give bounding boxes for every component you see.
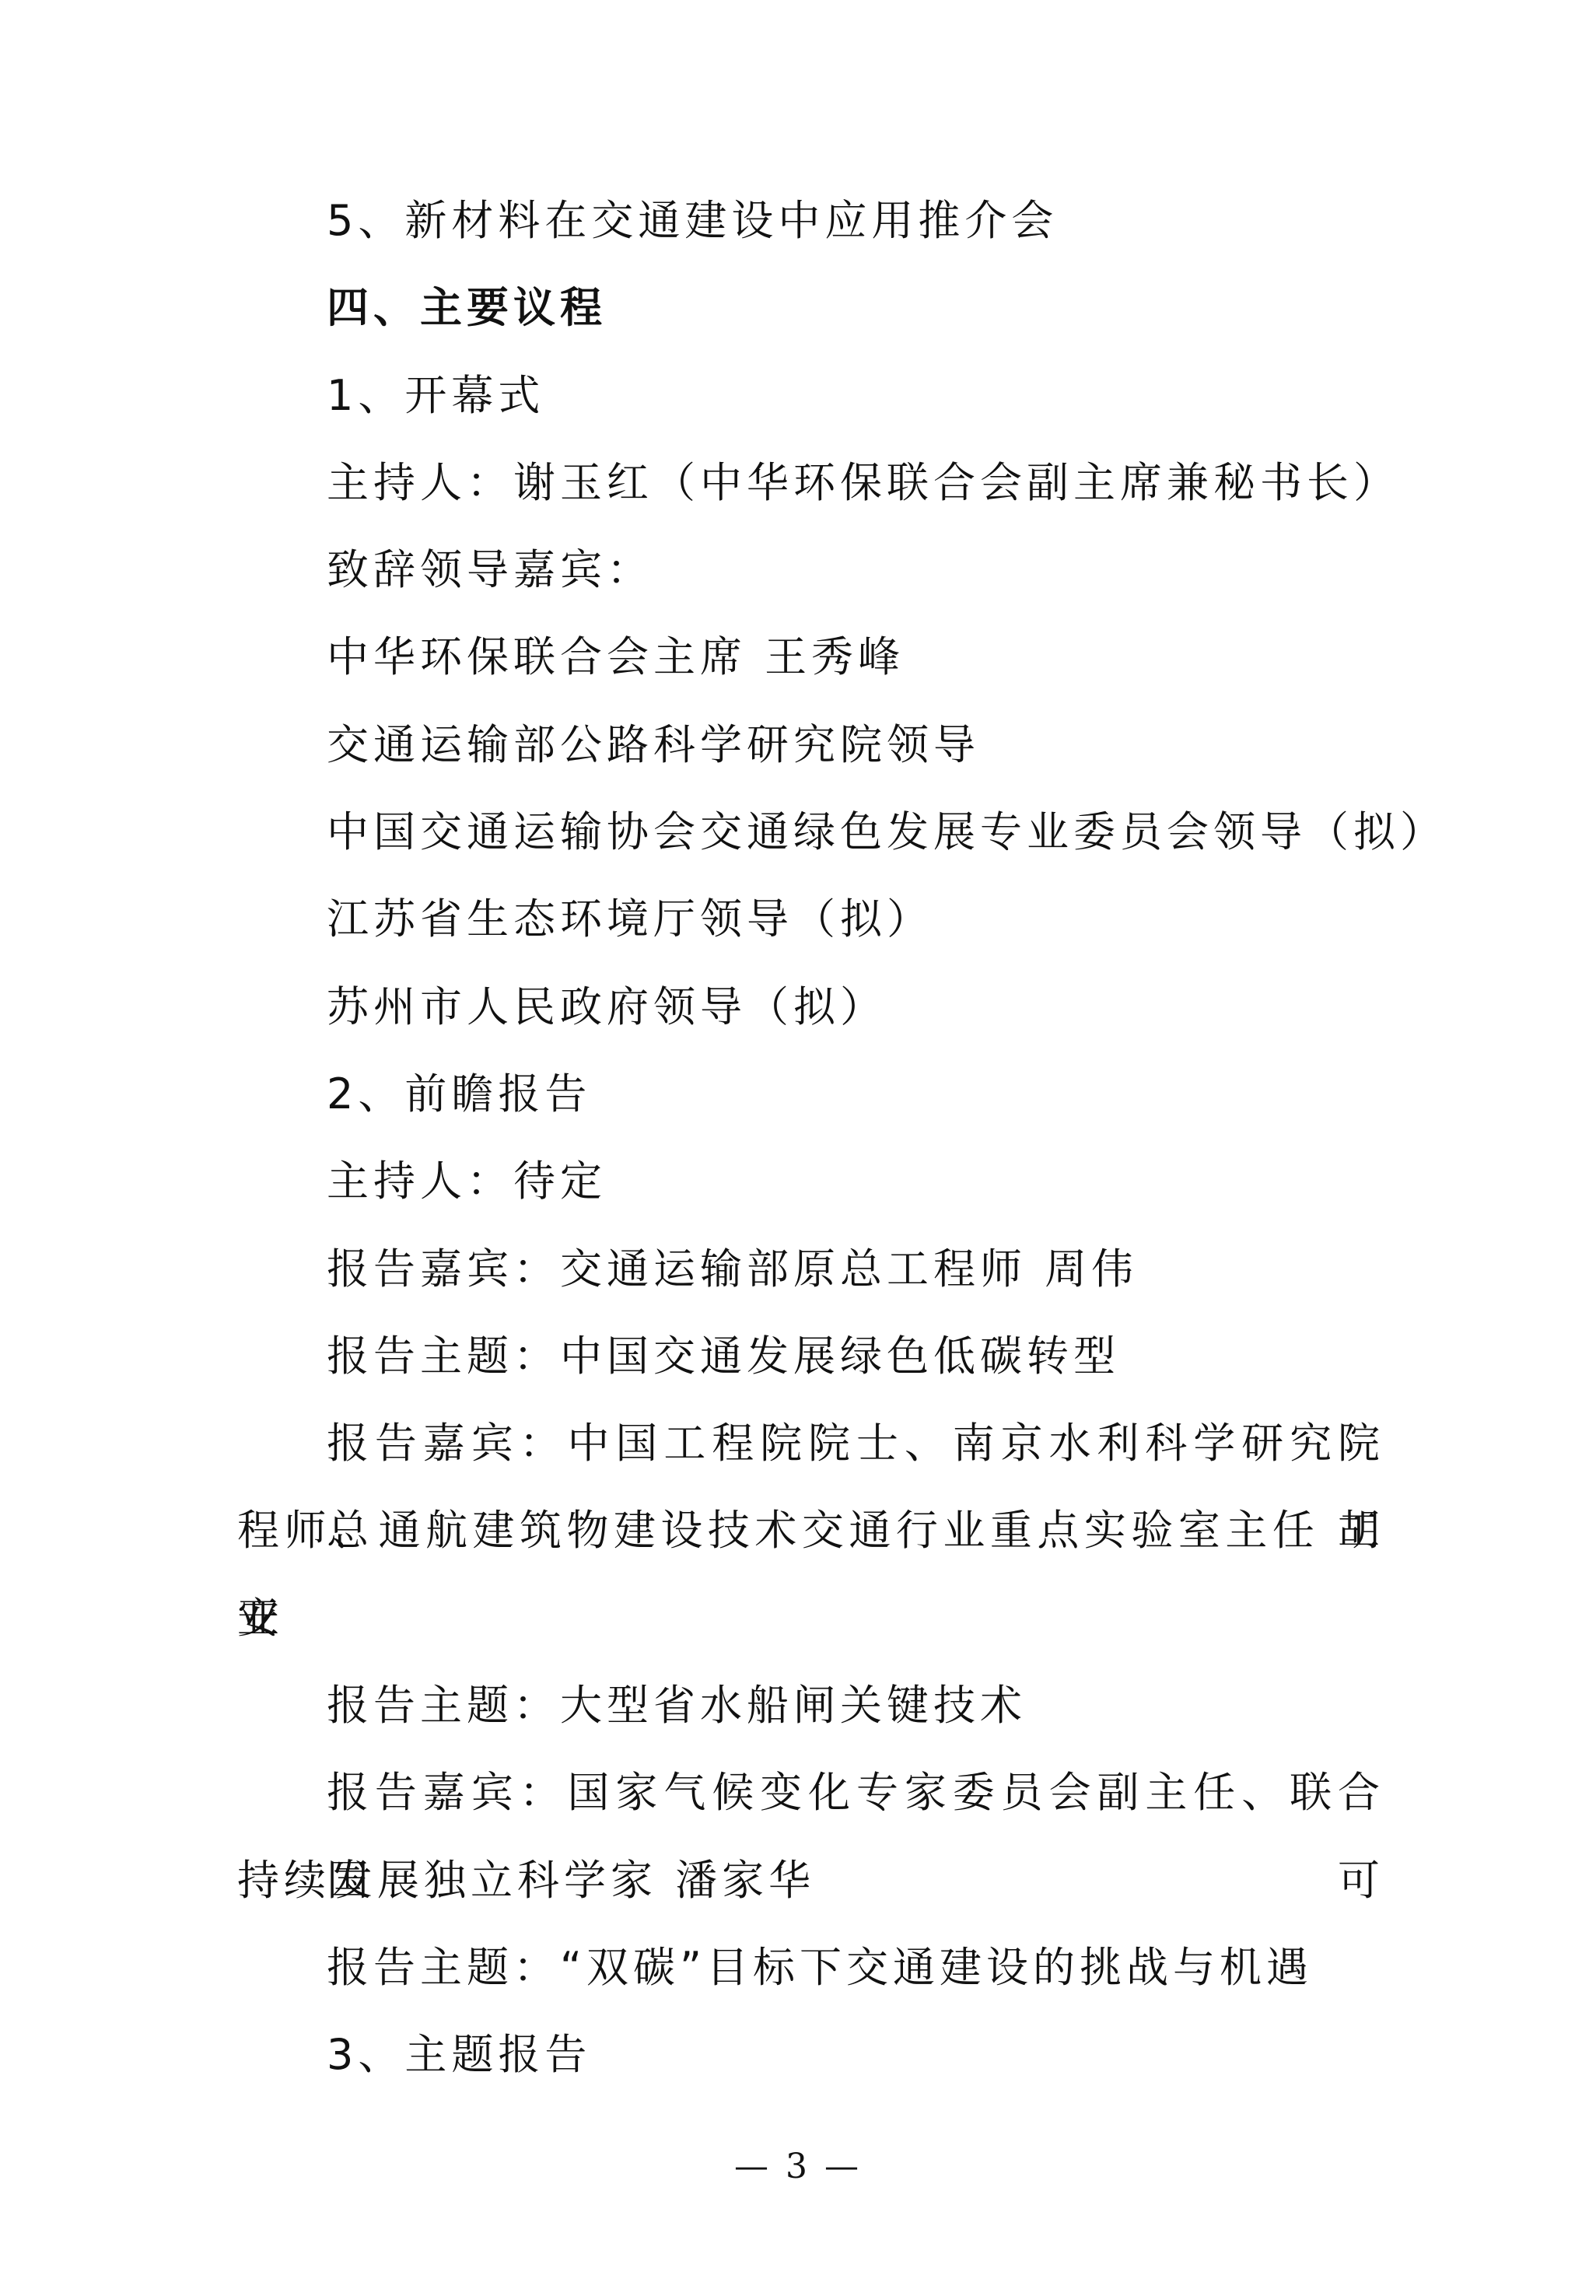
- speech-guest: 江苏省生态环境厅领导（拟）: [237, 876, 1384, 963]
- report-topic: 报告主题：中国交通发展绿色低碳转型: [237, 1313, 1384, 1400]
- report-guest: 报告嘉宾：中国工程院院士、南京水利科学研究院总工: [237, 1400, 1384, 1487]
- report-guest: 报告嘉宾：国家气候变化专家委员会副主任、联合国可: [237, 1749, 1384, 1836]
- speech-guest: 苏州市人民政府领导（拟）: [237, 964, 1384, 1051]
- report-topic: 报告主题：大型省水船闸关键技术: [237, 1662, 1384, 1749]
- opening-host: 主持人：谢玉红（中华环保联合会副主席兼秘书长）: [237, 439, 1384, 527]
- document-page: 5、新材料在交通建设中应用推介会 四、主要议程 1、开幕式 主持人：谢玉红（中华…: [0, 0, 1596, 2296]
- report-guest: 报告嘉宾：交通运输部原总工程师 周伟: [237, 1226, 1384, 1313]
- speech-guest: 中国交通运输协会交通绿色发展专业委员会领导（拟）: [237, 789, 1384, 876]
- agenda-item-keynote-preview: 2、前瞻报告: [237, 1051, 1384, 1138]
- speech-guests-label: 致辞领导嘉宾：: [237, 527, 1384, 614]
- speech-guest: 中华环保联合会主席 王秀峰: [237, 614, 1384, 701]
- report-guest-continued: 安: [237, 1575, 1384, 1662]
- section-item-new-materials: 5、新材料在交通建设中应用推介会: [237, 177, 1384, 264]
- report-guest-continued: 程师、通航建筑物建设技术交通行业重点实验室主任 胡亚: [237, 1487, 1384, 1574]
- report-topic: 报告主题：“双碳”目标下交通建设的挑战与机遇: [237, 1924, 1384, 2011]
- speech-guest: 交通运输部公路科学研究院领导: [237, 702, 1384, 789]
- section-heading-main-agenda: 四、主要议程: [237, 264, 1384, 352]
- page-number: — 3 —: [0, 2147, 1596, 2186]
- agenda-body: 5、新材料在交通建设中应用推介会 四、主要议程 1、开幕式 主持人：谢玉红（中华…: [237, 177, 1384, 2099]
- agenda-item-theme-reports: 3、主题报告: [237, 2011, 1384, 2098]
- keynote-host: 主持人：待定: [237, 1138, 1384, 1225]
- agenda-item-opening: 1、开幕式: [237, 352, 1384, 439]
